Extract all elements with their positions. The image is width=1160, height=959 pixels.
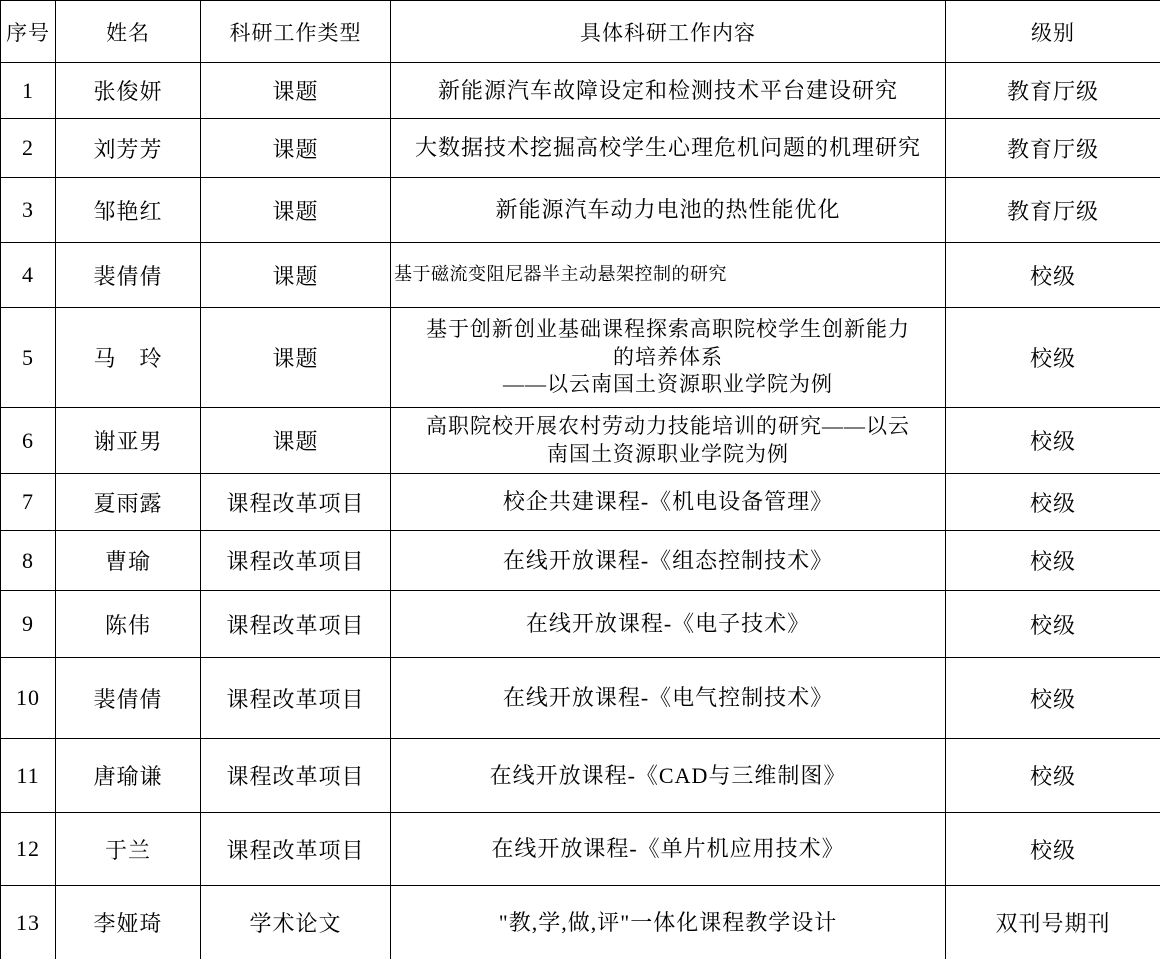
table-row: 7 夏雨露 课程改革项目 校企共建课程-《机电设备管理》 校级	[1, 474, 1160, 531]
header-level: 级别	[946, 1, 1160, 63]
header-row: 序号 姓名 科研工作类型 具体科研工作内容 级别	[1, 1, 1160, 63]
name-cell: 唐瑜谦	[56, 739, 201, 813]
table-body: 1 张俊妍 课题 新能源汽车故障设定和检测技术平台建设研究 教育厅级 2 刘芳芳…	[1, 63, 1160, 959]
level-cell: 校级	[946, 474, 1160, 531]
work-type-cell: 课题	[201, 178, 391, 243]
table-row: 2 刘芳芳 课题 大数据技术挖掘高校学生心理危机问题的机理研究 教育厅级	[1, 119, 1160, 178]
table-row: 5 马 玲 课题 基于创新创业基础课程探索高职院校学生创新能力 的培养体系 ——…	[1, 308, 1160, 408]
table-row: 6 谢亚男 课题 高职院校开展农村劳动力技能培训的研究——以云 南国土资源职业学…	[1, 408, 1160, 474]
name-cell: 陈伟	[56, 591, 201, 658]
table-row: 3 邹艳红 课题 新能源汽车动力电池的热性能优化 教育厅级	[1, 178, 1160, 243]
row-number-cell: 13	[1, 886, 56, 959]
level-cell: 双刊号期刊	[946, 886, 1160, 959]
document-page: 序号 姓名 科研工作类型 具体科研工作内容 级别 1 张俊妍 课题 新能源汽车故…	[0, 0, 1160, 959]
name-cell: 邹艳红	[56, 178, 201, 243]
work-content-cell: 大数据技术挖掘高校学生心理危机问题的机理研究	[391, 119, 946, 178]
work-content-cell: 在线开放课程-《电子技术》	[391, 591, 946, 658]
level-cell: 校级	[946, 739, 1160, 813]
table-row: 4 裴倩倩 课题 基于磁流变阻尼器半主动悬架控制的研究 校级	[1, 243, 1160, 308]
table-row: 10 裴倩倩 课程改革项目 在线开放课程-《电气控制技术》 校级	[1, 658, 1160, 739]
work-content-cell: 在线开放课程-《CAD与三维制图》	[391, 739, 946, 813]
work-content-cell: 基于创新创业基础课程探索高职院校学生创新能力 的培养体系 ——以云南国土资源职业…	[391, 308, 946, 408]
work-content-cell: 高职院校开展农村劳动力技能培训的研究——以云 南国土资源职业学院为例	[391, 408, 946, 474]
level-cell: 教育厅级	[946, 63, 1160, 119]
work-content-cell: 在线开放课程-《单片机应用技术》	[391, 813, 946, 886]
row-number-cell: 10	[1, 658, 56, 739]
row-number-cell: 3	[1, 178, 56, 243]
table-header: 序号 姓名 科研工作类型 具体科研工作内容 级别	[1, 1, 1160, 63]
work-content-cell: 校企共建课程-《机电设备管理》	[391, 474, 946, 531]
level-cell: 校级	[946, 591, 1160, 658]
row-number-cell: 4	[1, 243, 56, 308]
work-type-cell: 课程改革项目	[201, 739, 391, 813]
name-cell: 裴倩倩	[56, 658, 201, 739]
table-row: 11 唐瑜谦 课程改革项目 在线开放课程-《CAD与三维制图》 校级	[1, 739, 1160, 813]
name-cell: 曹瑜	[56, 531, 201, 591]
name-cell: 刘芳芳	[56, 119, 201, 178]
name-cell: 夏雨露	[56, 474, 201, 531]
work-type-cell: 课题	[201, 408, 391, 474]
name-cell: 于兰	[56, 813, 201, 886]
name-cell: 谢亚男	[56, 408, 201, 474]
table-row: 13 李娅琦 学术论文 "教,学,做,评"一体化课程教学设计 双刊号期刊	[1, 886, 1160, 959]
header-content: 具体科研工作内容	[391, 1, 946, 63]
table-row: 1 张俊妍 课题 新能源汽车故障设定和检测技术平台建设研究 教育厅级	[1, 63, 1160, 119]
table-row: 9 陈伟 课程改革项目 在线开放课程-《电子技术》 校级	[1, 591, 1160, 658]
row-number-cell: 7	[1, 474, 56, 531]
level-cell: 教育厅级	[946, 119, 1160, 178]
level-cell: 校级	[946, 243, 1160, 308]
work-type-cell: 课题	[201, 63, 391, 119]
table-row: 8 曹瑜 课程改革项目 在线开放课程-《组态控制技术》 校级	[1, 531, 1160, 591]
name-cell: 张俊妍	[56, 63, 201, 119]
level-cell: 校级	[946, 813, 1160, 886]
work-type-cell: 课程改革项目	[201, 591, 391, 658]
row-number-cell: 5	[1, 308, 56, 408]
header-type: 科研工作类型	[201, 1, 391, 63]
row-number-cell: 2	[1, 119, 56, 178]
level-cell: 校级	[946, 531, 1160, 591]
work-type-cell: 课题	[201, 308, 391, 408]
work-content-cell: 新能源汽车动力电池的热性能优化	[391, 178, 946, 243]
row-number-cell: 11	[1, 739, 56, 813]
row-number-cell: 8	[1, 531, 56, 591]
level-cell: 教育厅级	[946, 178, 1160, 243]
work-type-cell: 课程改革项目	[201, 531, 391, 591]
work-content-cell: 基于磁流变阻尼器半主动悬架控制的研究	[391, 243, 946, 308]
work-content-cell: 新能源汽车故障设定和检测技术平台建设研究	[391, 63, 946, 119]
name-cell: 李娅琦	[56, 886, 201, 959]
work-type-cell: 课程改革项目	[201, 474, 391, 531]
header-no: 序号	[1, 1, 56, 63]
level-cell: 校级	[946, 308, 1160, 408]
work-content-cell: 在线开放课程-《电气控制技术》	[391, 658, 946, 739]
level-cell: 校级	[946, 408, 1160, 474]
work-type-cell: 学术论文	[201, 886, 391, 959]
research-work-table: 序号 姓名 科研工作类型 具体科研工作内容 级别 1 张俊妍 课题 新能源汽车故…	[0, 0, 1160, 959]
level-cell: 校级	[946, 658, 1160, 739]
work-type-cell: 课题	[201, 119, 391, 178]
row-number-cell: 6	[1, 408, 56, 474]
name-cell: 马 玲	[56, 308, 201, 408]
work-type-cell: 课题	[201, 243, 391, 308]
work-content-cell: 在线开放课程-《组态控制技术》	[391, 531, 946, 591]
row-number-cell: 9	[1, 591, 56, 658]
work-type-cell: 课程改革项目	[201, 658, 391, 739]
row-number-cell: 12	[1, 813, 56, 886]
row-number-cell: 1	[1, 63, 56, 119]
name-cell: 裴倩倩	[56, 243, 201, 308]
work-type-cell: 课程改革项目	[201, 813, 391, 886]
table-row: 12 于兰 课程改革项目 在线开放课程-《单片机应用技术》 校级	[1, 813, 1160, 886]
work-content-cell: "教,学,做,评"一体化课程教学设计	[391, 886, 946, 959]
header-name: 姓名	[56, 1, 201, 63]
